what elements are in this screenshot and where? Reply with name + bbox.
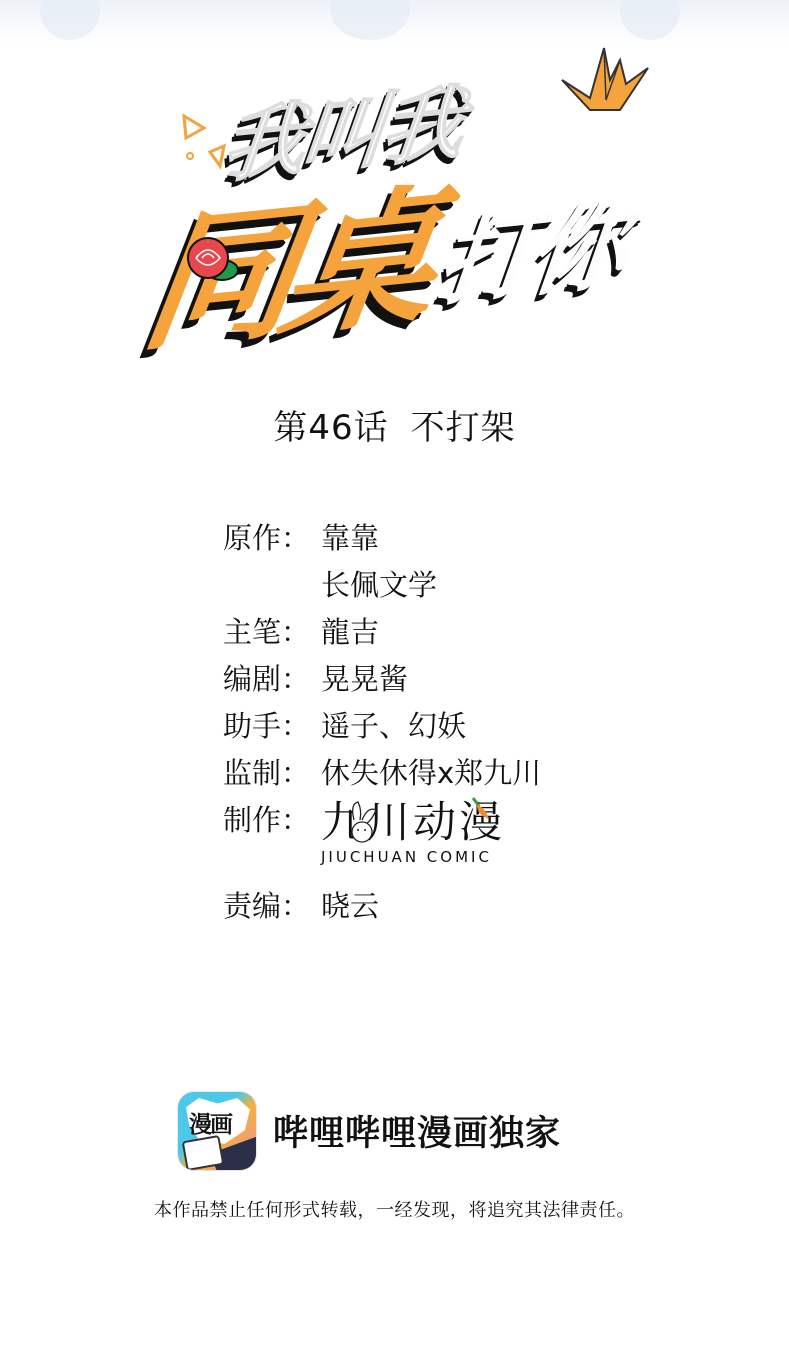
rose-icon bbox=[182, 230, 242, 290]
credit-label: 主笔： bbox=[223, 612, 321, 652]
credit-row-original-publisher: 长佩文学 bbox=[223, 565, 541, 612]
credit-value: 靠靠 bbox=[321, 518, 379, 558]
publisher-banner: 漫画 哔哩哔哩漫画独家 bbox=[178, 1092, 561, 1170]
credit-label: 助手： bbox=[223, 706, 321, 746]
logo-text-orange: 同桌 bbox=[132, 136, 441, 379]
credit-value: 长佩文学 bbox=[321, 565, 437, 605]
chapter-number: 第46话 bbox=[273, 400, 388, 449]
credit-value: 晓云 bbox=[321, 886, 379, 926]
decorative-bubble bbox=[620, 0, 680, 40]
tv-mascot-icon bbox=[182, 1135, 225, 1170]
credit-label: 编剧： bbox=[223, 659, 321, 699]
credit-row-scriptwriter: 编剧： 晃晃酱 bbox=[223, 659, 541, 706]
paper-crane-icon bbox=[560, 40, 650, 120]
carrot-icon bbox=[471, 796, 491, 822]
credit-value: 休失休得x郑九川 bbox=[321, 753, 541, 793]
bilibili-comics-app-icon: 漫画 bbox=[178, 1092, 256, 1170]
credit-value: 遥子、幻妖 bbox=[321, 706, 466, 746]
logo-text-line2: 打你 bbox=[431, 171, 631, 325]
credits-list: 原作： 靠靠 长佩文学 主笔： 龍吉 编剧： 晃晃酱 助手： 遥子、幻妖 监制：… bbox=[223, 518, 541, 933]
studio-logo: 九川动漫 JIUCHUAN COMIC bbox=[321, 800, 531, 870]
publisher-name: 哔哩哔哩漫画独家 bbox=[273, 1106, 561, 1156]
credit-row-original: 原作： 靠靠 bbox=[223, 518, 541, 565]
credit-row-production: 制作： 九川动漫 JIUCHUAN COMIC bbox=[223, 800, 541, 886]
credit-label: 责编： bbox=[223, 886, 321, 926]
decorative-bubble bbox=[40, 0, 100, 40]
credit-row-editor: 责编： 晓云 bbox=[223, 886, 541, 933]
copyright-notice: 本作品禁止任何形式转载，一经发现，将追究其法律责任。 bbox=[0, 1196, 789, 1222]
rabbit-icon bbox=[348, 800, 378, 844]
credit-label: 监制： bbox=[223, 753, 321, 793]
app-icon-text: 漫画 bbox=[189, 1106, 231, 1139]
studio-name-en: JIUCHUAN COMIC bbox=[321, 848, 531, 866]
credit-value: 龍吉 bbox=[321, 612, 379, 652]
credit-row-supervisor: 监制： 休失休得x郑九川 bbox=[223, 753, 541, 800]
credit-row-lead-artist: 主笔： 龍吉 bbox=[223, 612, 541, 659]
credit-value: 晃晃酱 bbox=[321, 659, 408, 699]
decorative-bubble bbox=[330, 0, 410, 40]
credit-row-assistants: 助手： 遥子、幻妖 bbox=[223, 706, 541, 753]
chapter-title: 第46话不打架 bbox=[0, 400, 789, 449]
series-title-logo: 我叫我 同桌 打你 bbox=[140, 35, 660, 335]
credit-label: 原作： bbox=[223, 518, 321, 558]
chapter-name: 不打架 bbox=[411, 400, 516, 449]
credit-label: 制作： bbox=[223, 800, 321, 840]
